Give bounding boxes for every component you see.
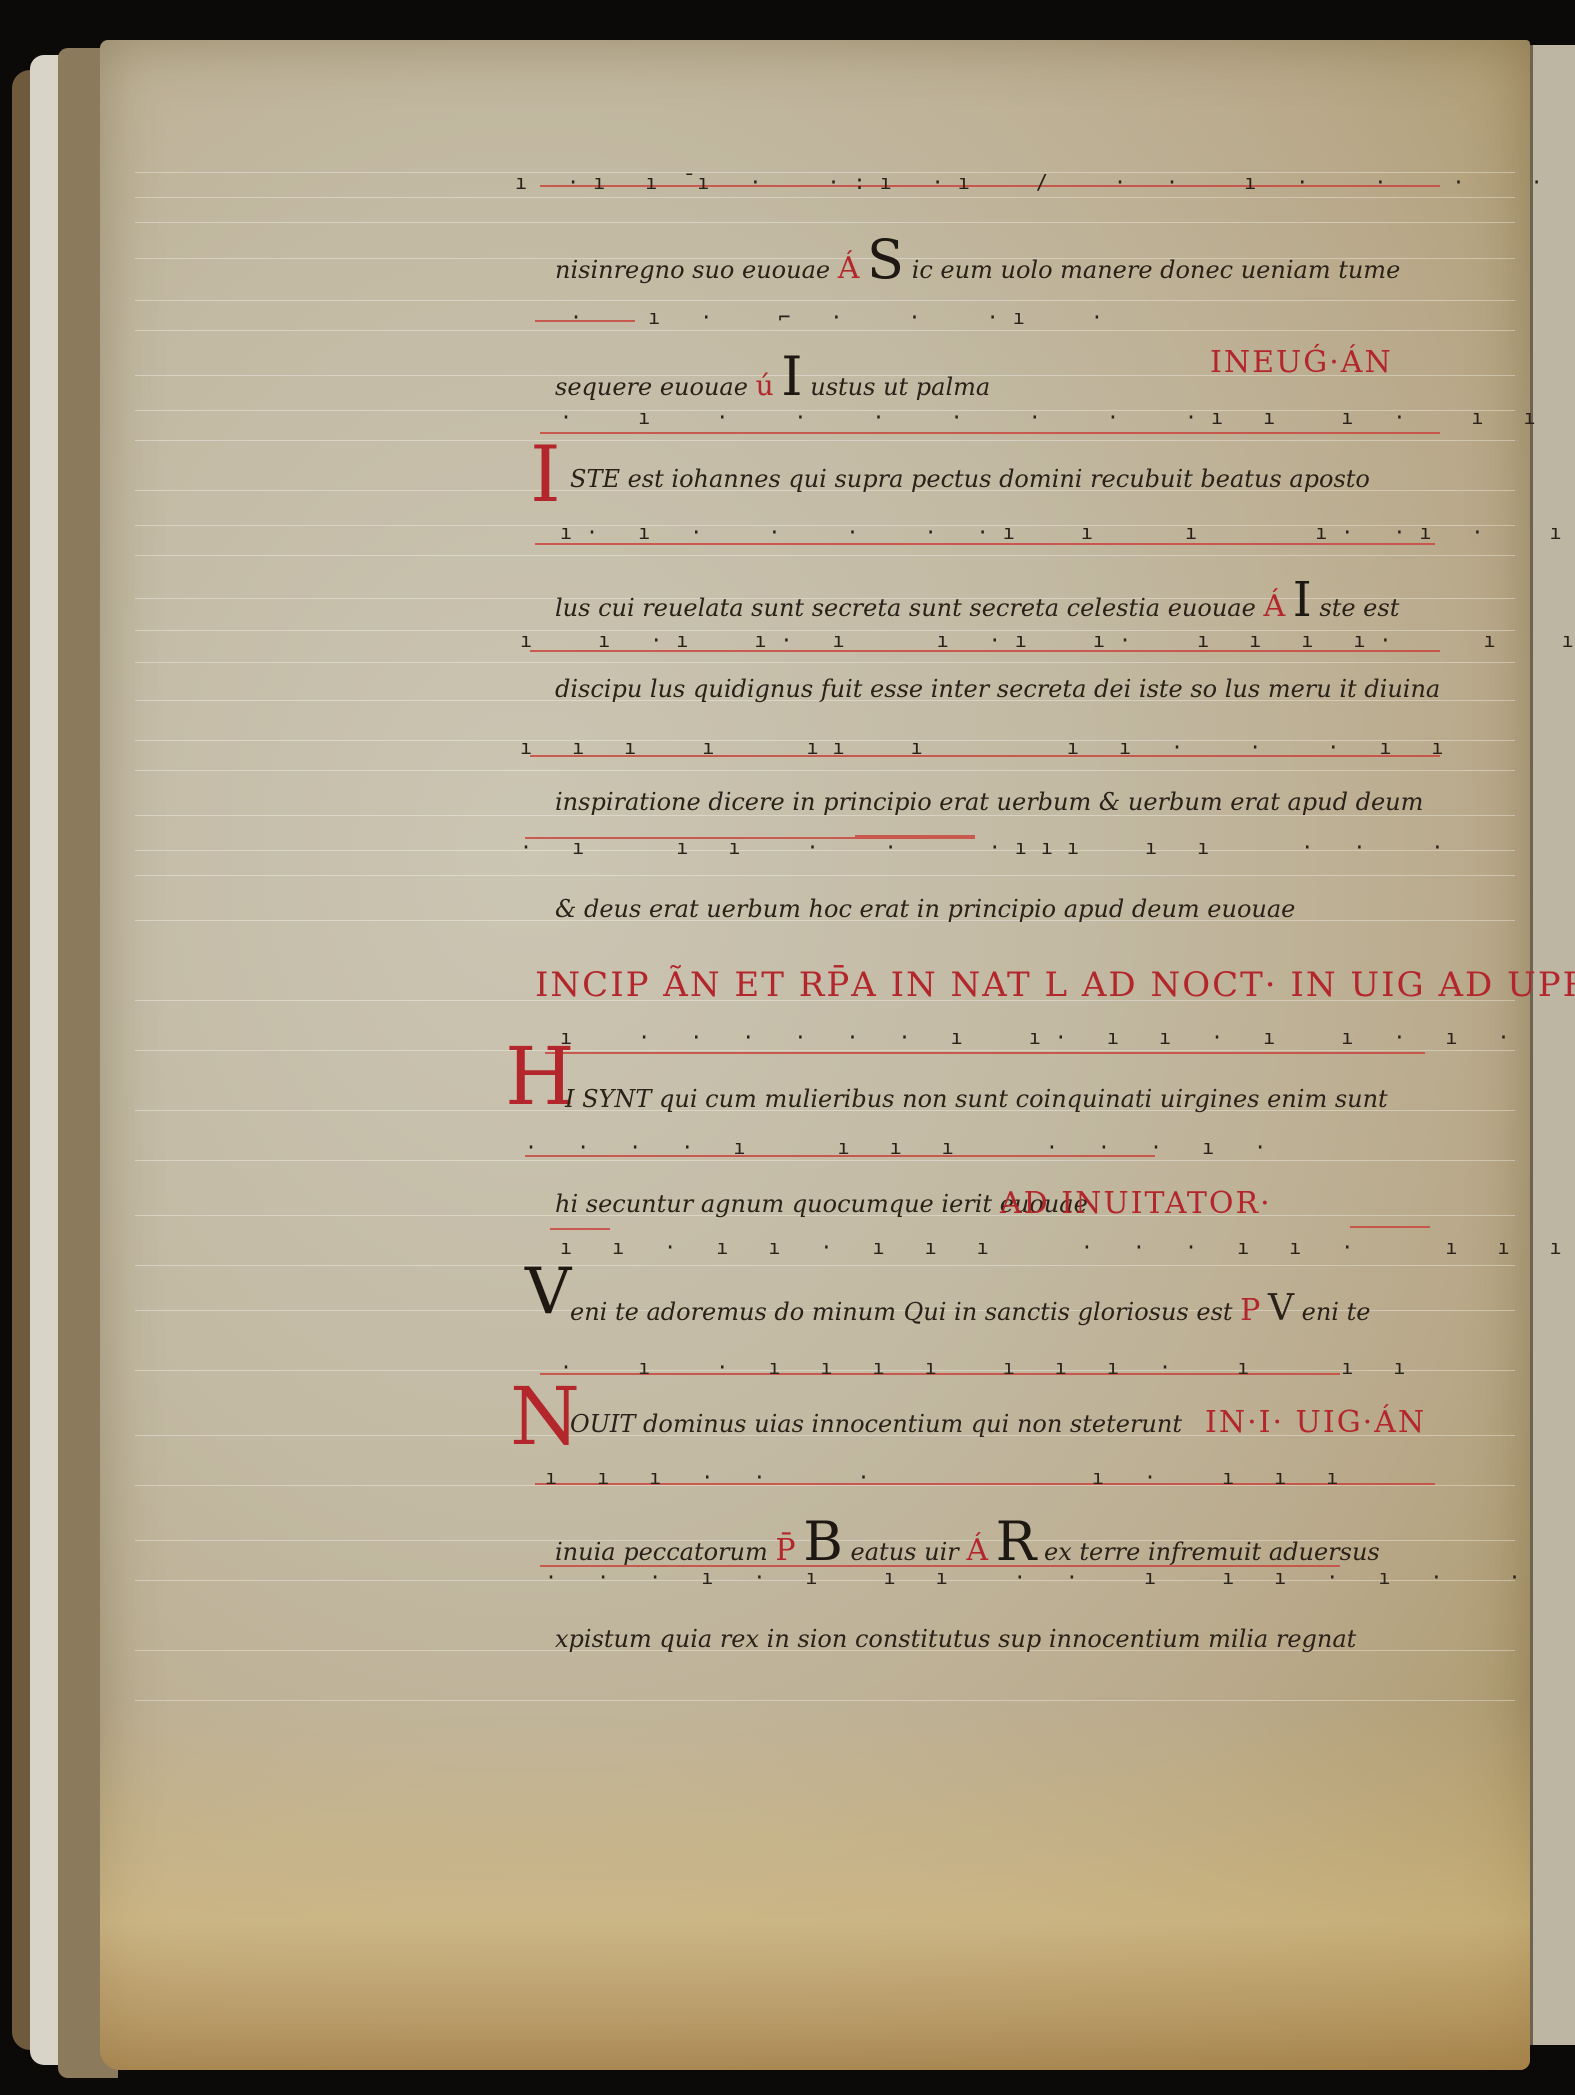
chant-text: ustus ut palma xyxy=(810,373,990,401)
chant-text: eni te xyxy=(1302,1298,1371,1326)
neume-row-8: ı · · · · · · ı ı· ı ı · ı ı · ı · xyxy=(560,1025,1524,1049)
facing-page-edge xyxy=(1530,45,1575,2045)
neume-row-6: ı ı ı ı ıı ı ı ı · · · ı ı xyxy=(520,735,1457,759)
antiphon-rubric: Á xyxy=(838,251,860,286)
verse-rubric: ú xyxy=(756,369,774,402)
neume-row-1: ı ·ı ı ̄ı · ·:ı ·ı / · · ı · · · · ı ı ·… xyxy=(515,170,1575,194)
text-line-7: & deus erat uerbum hoc erat in principio… xyxy=(555,895,1295,923)
initial-letter: B xyxy=(803,1510,843,1573)
text-line-1: nisinregno suo euouae Á S ic eum uolo ma… xyxy=(555,228,1400,291)
text-line-5: discipu lus quidignus fuit esse inter se… xyxy=(555,675,1440,703)
neume-row-9: · · · · ı ı ı ı · · · ı · xyxy=(525,1135,1280,1159)
text-line-6: inspiratione dicere in principio erat ue… xyxy=(555,788,1423,816)
chant-text: lus cui reuelata sunt secreta sunt secre… xyxy=(555,594,1256,622)
black-initial-V: V xyxy=(525,1255,571,1329)
neume-row-12: ı ı ı · · · ı · ı ı ı xyxy=(545,1465,1352,1489)
neume-row-3: · ı · · · · · · ·ı ı ı · ı ı ı ı · ı xyxy=(560,405,1575,429)
chant-text: inuia peccatorum xyxy=(555,1538,768,1566)
chant-text: eni te adoremus do minum Qui in sanctis … xyxy=(570,1298,1233,1326)
rubric-in-i-vigilia-antiphona: IN·I· UIG·ÁN xyxy=(1205,1405,1426,1440)
text-line-4: lus cui reuelata sunt secreta sunt secre… xyxy=(555,572,1399,628)
neume-row-7: · ı ı ı · · ·ııı ı ı · · · xyxy=(520,835,1457,859)
text-line-12: inuia peccatorum P̄ B eatus uir Á R ex t… xyxy=(555,1510,1380,1573)
neume-row-11: · ı · ı ı ı ı ı ı ı · ı ı ı xyxy=(560,1355,1419,1379)
initial-letter: V xyxy=(1268,1288,1294,1329)
chant-text: nisinregno suo euouae xyxy=(555,256,830,284)
antiphon-rubric: Á xyxy=(1263,589,1285,624)
text-line-13: xpistum quia rex in sion constitutus sup… xyxy=(555,1625,1356,1653)
rubric-ad-inuitatorium: AD INUITATOR· xyxy=(1000,1186,1272,1221)
red-initial-I: I xyxy=(530,430,561,520)
text-line-10: eni te adoremus do minum Qui in sanctis … xyxy=(570,1288,1370,1329)
chant-text: ic eum uolo manere donec ueniam tume xyxy=(912,256,1401,284)
rubric-in-evangelio-antiphona: INEUǴ·ÁN xyxy=(1210,345,1393,380)
neume-row-10: ı ı · ı ı · ı ı ı · · · ı ı · ı ı ı xyxy=(560,1235,1575,1259)
parchment-lower-stain xyxy=(100,1700,1530,2070)
chant-text: ste est xyxy=(1319,594,1399,622)
psalm-rubric: P̄ xyxy=(775,1533,795,1568)
neume-row-4: ı· ı · · · · ·ı ı ı ı· ·ı · ı· ı xyxy=(560,520,1575,544)
neume-row-2: · ı · ⌐ · · ·ı · xyxy=(570,305,1117,329)
antiphon-rubric: Á xyxy=(966,1533,988,1568)
chant-text: ex terre infremuit aduersus xyxy=(1044,1538,1380,1566)
text-line-11: OUIT dominus uias innocentium qui non st… xyxy=(570,1410,1182,1438)
initial-letter: I xyxy=(1293,572,1312,628)
text-line-2: sequere euouae ú I ustus ut palma xyxy=(555,345,990,408)
chant-text: eatus uir xyxy=(851,1538,959,1566)
text-line-3: STE est iohannes qui supra pectus domini… xyxy=(570,465,1370,493)
neume-row-5: ı ı ·ı ı· ı ı ·ı ı· ı ı ı ı· ı ı· ·ı ı ·… xyxy=(520,628,1575,652)
initial-letter: I xyxy=(781,345,802,408)
initial-letter: S xyxy=(867,228,904,291)
initial-letter: R xyxy=(996,1510,1037,1573)
text-line-8: I SYNT qui cum mulieribus non sunt coinq… xyxy=(565,1085,1388,1113)
chant-text: sequere euouae xyxy=(555,373,748,401)
psalm-rubric: P xyxy=(1240,1293,1260,1328)
section-heading-rubric: INCIP ÃN ET RP̄A IN NAT L AD NOCT· IN UI… xyxy=(535,965,1575,1005)
